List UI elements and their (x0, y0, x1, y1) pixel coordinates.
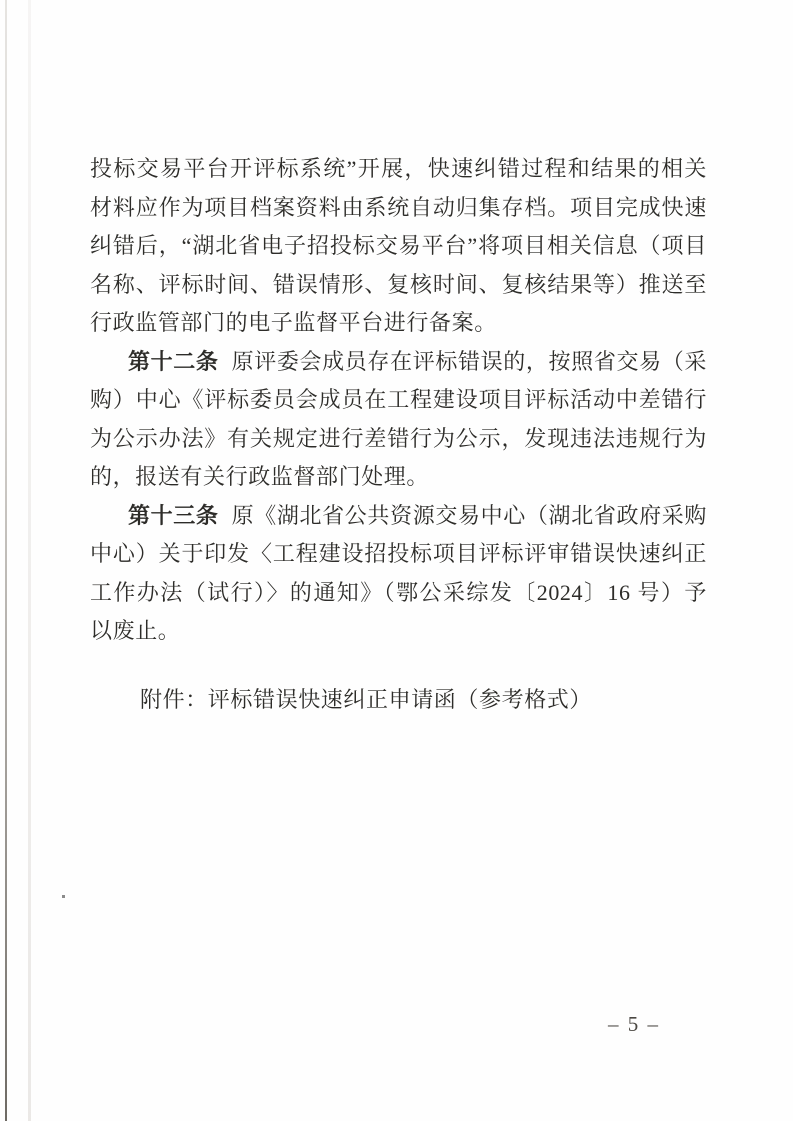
scan-artifact-inner-line (28, 0, 31, 1121)
scan-artifact-speck (62, 895, 65, 898)
article-number: 第十二条 (128, 349, 219, 374)
paragraph-continuation: 投标交易平台开评标系统”开展，快速纠错过程和结果的相关材料应作为项目档案资料由系… (90, 150, 707, 343)
scan-artifact-left-line (5, 0, 7, 1121)
page-number: – 5 – (608, 1012, 660, 1037)
attachment-text: 附件：评标错误快速纠正申请函（参考格式） (140, 687, 592, 712)
paragraph-article-12: 第十二条原评委会成员存在评标错误的，按照省交易（采购）中心《评标委员会成员在工程… (90, 343, 707, 497)
paragraph-article-13: 第十三条原《湖北省公共资源交易中心（湖北省政府采购中心）关于印发〈工程建设招投标… (90, 497, 707, 651)
document-page: 投标交易平台开评标系统”开展，快速纠错过程和结果的相关材料应作为项目档案资料由系… (0, 0, 793, 1121)
document-body: 投标交易平台开评标系统”开展，快速纠错过程和结果的相关材料应作为项目档案资料由系… (90, 150, 707, 719)
attachment-line: 附件：评标错误快速纠正申请函（参考格式） (90, 681, 707, 720)
article-number: 第十三条 (128, 503, 219, 528)
paragraph-text: 投标交易平台开评标系统”开展，快速纠错过程和结果的相关材料应作为项目档案资料由系… (90, 156, 707, 335)
